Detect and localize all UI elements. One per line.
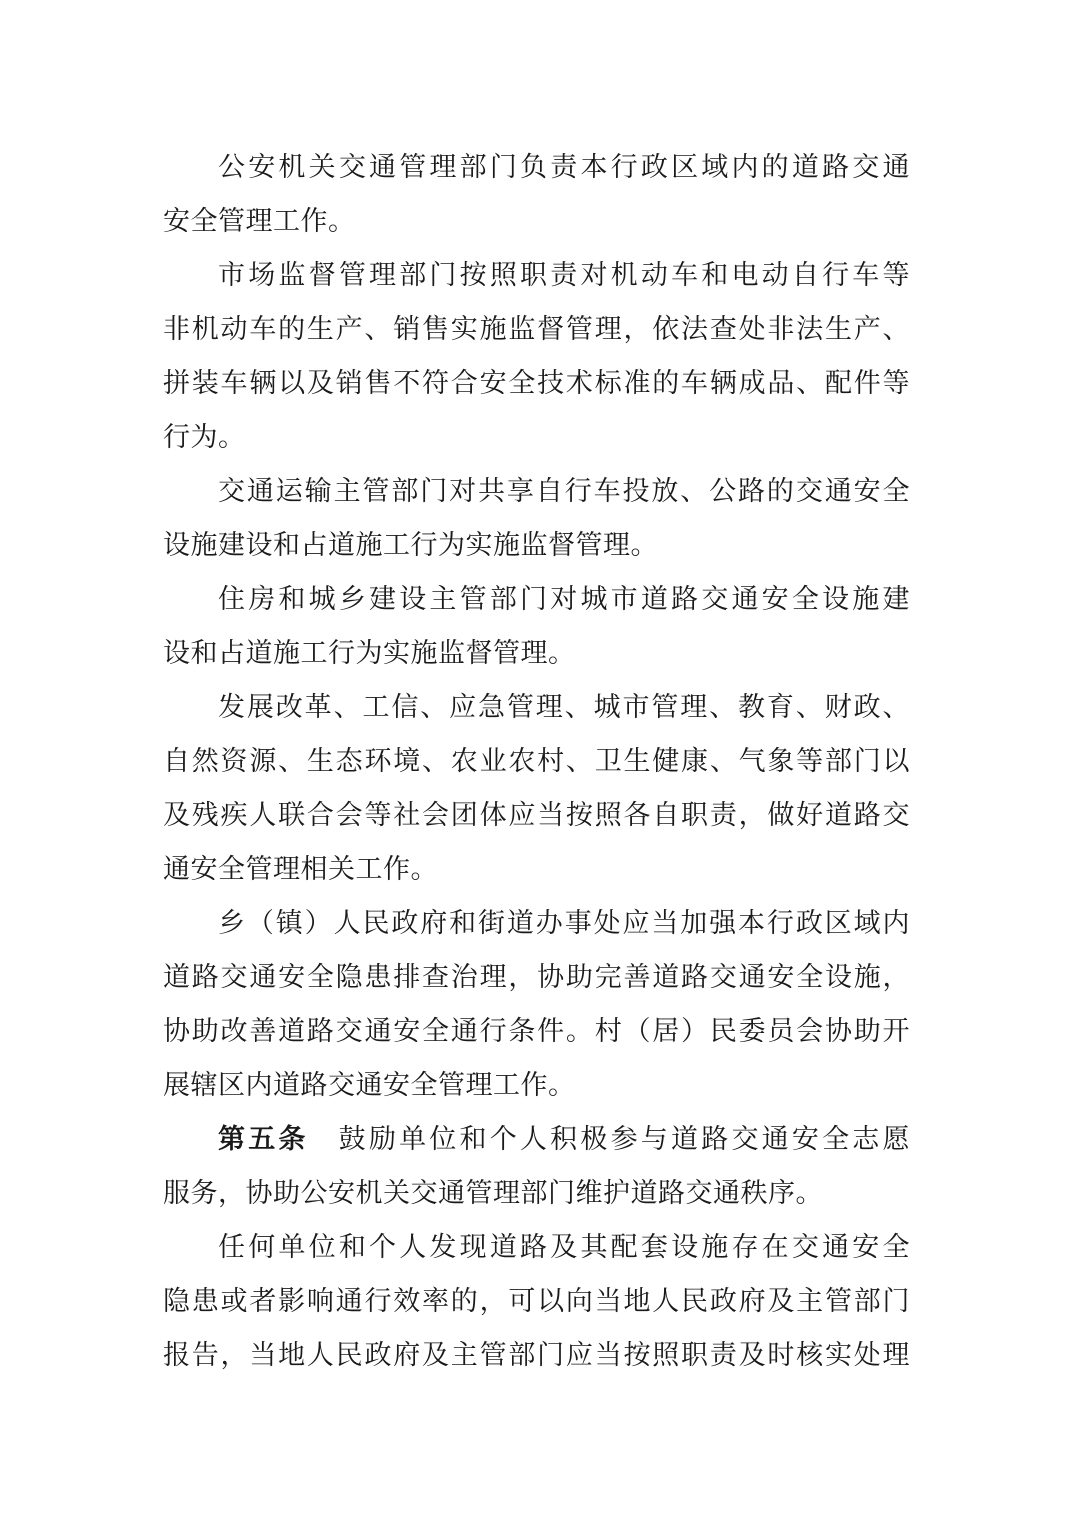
line-text: 鼓励单位和个人积极参与道路交通安全志愿 [339,1124,910,1154]
document-body: 公安机关交通管理部门负责本行政区域内的道路交通安全管理工作。市场监督管理部门按照… [163,140,910,1382]
line-text: 任何单位和个人发现道路及其配套设施存在交通安全 [218,1232,910,1262]
line-text: 隐患或者影响通行效率的，可以向当地人民政府及主管部门 [163,1286,910,1316]
line-text: 乡（镇）人民政府和街道办事处应当加强本行政区域内 [218,908,910,938]
line-text: 通安全管理相关工作。 [163,854,438,884]
document-line: 展辖区内道路交通安全管理工作。 [163,1058,910,1112]
line-text: 行为。 [163,422,246,452]
line-text: 发展改革、工信、应急管理、城市管理、教育、财政、 [218,692,910,722]
document-line: 设施建设和占道施工行为实施监督管理。 [163,518,910,572]
document-line: 设和占道施工行为实施监督管理。 [163,626,910,680]
document-line: 报告，当地人民政府及主管部门应当按照职责及时核实处理 [163,1328,910,1382]
line-text: 安全管理工作。 [163,206,356,236]
document-line: 行为。 [163,410,910,464]
line-text: 市场监督管理部门按照职责对机动车和电动自行车等 [218,260,910,290]
document-line: 乡（镇）人民政府和街道办事处应当加强本行政区域内 [163,896,910,950]
document-line: 第五条鼓励单位和个人积极参与道路交通安全志愿 [163,1112,910,1166]
line-text: 设施建设和占道施工行为实施监督管理。 [163,530,658,560]
line-text: 非机动车的生产、销售实施监督管理，依法查处非法生产、 [163,314,910,344]
document-line: 任何单位和个人发现道路及其配套设施存在交通安全 [163,1220,910,1274]
document-line: 道路交通安全隐患排查治理，协助完善道路交通安全设施， [163,950,910,1004]
document-line: 发展改革、工信、应急管理、城市管理、教育、财政、 [163,680,910,734]
line-text: 自然资源、生态环境、农业农村、卫生健康、气象等部门以 [163,746,910,776]
line-text: 住房和城乡建设主管部门对城市道路交通安全设施建 [218,584,910,614]
document-line: 自然资源、生态环境、农业农村、卫生健康、气象等部门以 [163,734,910,788]
document-line: 安全管理工作。 [163,194,910,248]
line-text: 协助改善道路交通安全通行条件。村（居）民委员会协助开 [163,1016,910,1046]
document-line: 非机动车的生产、销售实施监督管理，依法查处非法生产、 [163,302,910,356]
document-line: 隐患或者影响通行效率的，可以向当地人民政府及主管部门 [163,1274,910,1328]
line-text: 道路交通安全隐患排查治理，协助完善道路交通安全设施， [163,962,910,992]
document-line: 住房和城乡建设主管部门对城市道路交通安全设施建 [163,572,910,626]
line-text: 及残疾人联合会等社会团体应当按照各自职责，做好道路交 [163,800,910,830]
line-text: 交通运输主管部门对共享自行车投放、公路的交通安全 [218,476,910,506]
document-line: 拼装车辆以及销售不符合安全技术标准的车辆成品、配件等 [163,356,910,410]
line-text: 报告，当地人民政府及主管部门应当按照职责及时核实处理 [163,1340,910,1370]
document-line: 公安机关交通管理部门负责本行政区域内的道路交通 [163,140,910,194]
line-text: 拼装车辆以及销售不符合安全技术标准的车辆成品、配件等 [163,368,910,398]
document-line: 协助改善道路交通安全通行条件。村（居）民委员会协助开 [163,1004,910,1058]
line-text: 公安机关交通管理部门负责本行政区域内的道路交通 [218,152,910,182]
document-line: 服务，协助公安机关交通管理部门维护道路交通秩序。 [163,1166,910,1220]
document-line: 市场监督管理部门按照职责对机动车和电动自行车等 [163,248,910,302]
line-text: 展辖区内道路交通安全管理工作。 [163,1070,576,1100]
line-text: 设和占道施工行为实施监督管理。 [163,638,576,668]
document-line: 交通运输主管部门对共享自行车投放、公路的交通安全 [163,464,910,518]
document-page: 公安机关交通管理部门负责本行政区域内的道路交通安全管理工作。市场监督管理部门按照… [0,0,1074,1520]
document-line: 通安全管理相关工作。 [163,842,910,896]
article-number-label: 第五条 [218,1124,309,1154]
document-line: 及残疾人联合会等社会团体应当按照各自职责，做好道路交 [163,788,910,842]
line-text: 服务，协助公安机关交通管理部门维护道路交通秩序。 [163,1178,823,1208]
